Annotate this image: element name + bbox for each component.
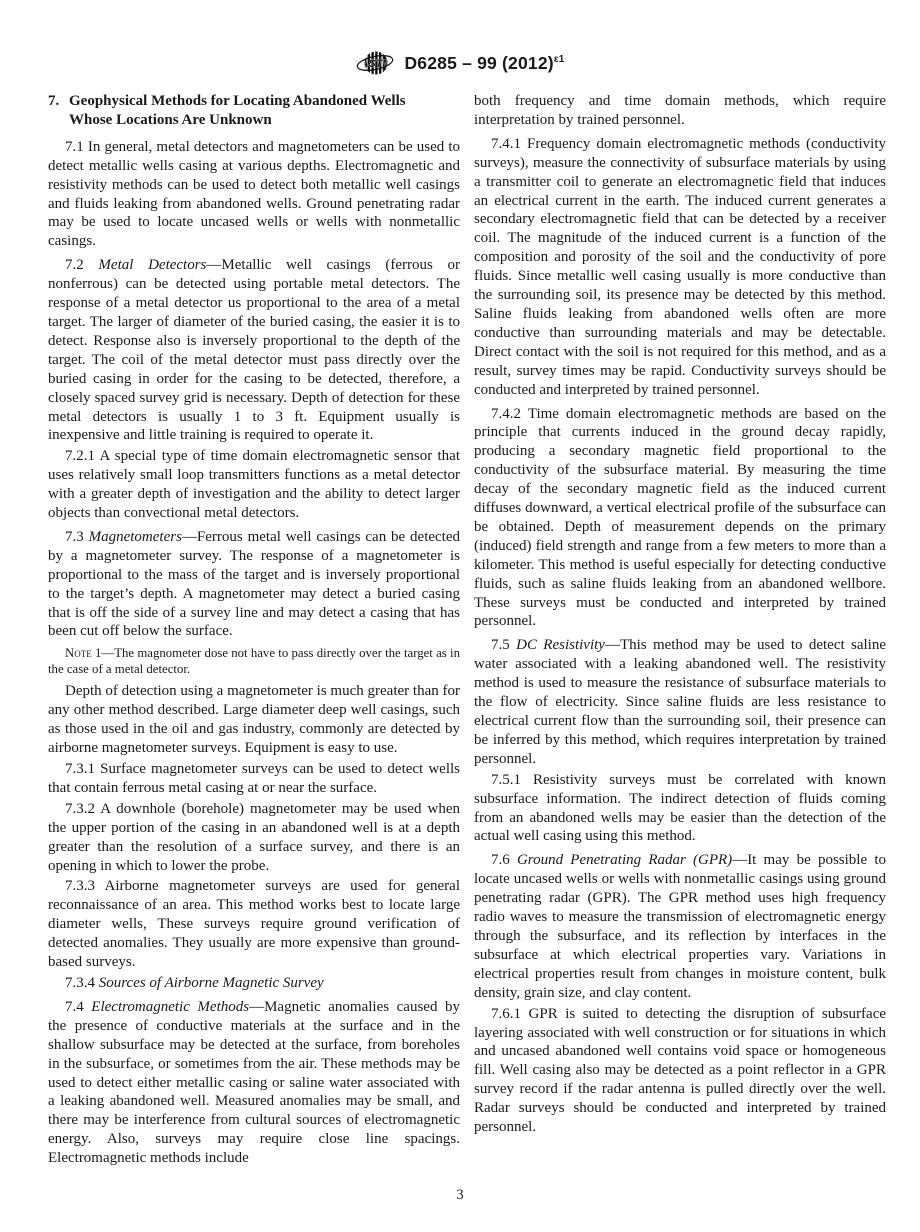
clause-term: Metal Detectors bbox=[98, 257, 206, 273]
clause-term: Ground Penetrating Radar (GPR) bbox=[517, 852, 732, 868]
paragraph-7-4-1: 7.4.1Frequency domain electromagnetic me… bbox=[474, 135, 886, 400]
clause-term: Magnetometers bbox=[89, 529, 182, 545]
clause-number: 7.2 bbox=[65, 257, 98, 273]
clause-text: —Metallic well casings (ferrous or nonfe… bbox=[48, 257, 460, 443]
clause-number: 7.3.3 bbox=[65, 878, 105, 894]
clause-number: 7.5 bbox=[491, 637, 516, 653]
page-header: ASTM D6285 – 99 (2012)ε1 bbox=[0, 46, 920, 80]
paragraph-7-3-3: 7.3.3Airborne magnetometer surveys are u… bbox=[48, 877, 460, 972]
astm-logo-icon: ASTM bbox=[355, 46, 395, 80]
clause-text: Depth of detection using a magnetometer … bbox=[48, 683, 460, 756]
clause-term: Sources of Airborne Magnetic Survey bbox=[99, 975, 324, 991]
clause-text: In general, metal detectors and magnetom… bbox=[48, 139, 460, 250]
paragraph-7-2: 7.2Metal Detectors—Metallic well casings… bbox=[48, 256, 460, 445]
right-column: both frequency and time domain methods, … bbox=[474, 92, 886, 1170]
heading-line-2: Whose Locations Are Unknown bbox=[69, 112, 272, 128]
clause-text: Time domain electromagnetic methods are … bbox=[474, 406, 886, 630]
paragraph-7-3-2: 7.3.2A downhole (borehole) magnetometer … bbox=[48, 800, 460, 876]
clause-text: A special type of time domain electromag… bbox=[48, 448, 460, 521]
clause-number: 7.3.2 bbox=[65, 801, 100, 817]
clause-number: 7.6.1 bbox=[491, 1006, 529, 1022]
clause-text: GPR is suited to detecting the disruptio… bbox=[474, 1006, 886, 1135]
clause-number: 7.5.1 bbox=[491, 772, 533, 788]
clause-term: DC Resistivity bbox=[516, 637, 605, 653]
left-column: 7.Geophysical Methods for Locating Aband… bbox=[48, 92, 460, 1170]
note-1: Note 1—The magnometer dose not have to p… bbox=[48, 645, 460, 677]
clause-text: Frequency domain electromagnetic methods… bbox=[474, 136, 886, 398]
paragraph-7-4-continued: both frequency and time domain methods, … bbox=[474, 92, 886, 130]
section-7-heading: 7.Geophysical Methods for Locating Aband… bbox=[48, 92, 460, 130]
paragraph-depth-of-detection: Depth of detection using a magnetometer … bbox=[48, 682, 460, 758]
paragraph-7-5-1: 7.5.1Resistivity surveys must be correla… bbox=[474, 771, 886, 847]
clause-number: 7.6 bbox=[491, 852, 517, 868]
clause-number: 7.3.4 bbox=[65, 975, 99, 991]
paragraph-7-3: 7.3Magnetometers—Ferrous metal well casi… bbox=[48, 528, 460, 641]
clause-text: —It may be possible to locate uncased we… bbox=[474, 852, 886, 1000]
clause-number: 7.4 bbox=[65, 999, 91, 1015]
clause-number: 7.4.2 bbox=[491, 406, 528, 422]
standard-code: D6285 – 99 (2012)ε1 bbox=[404, 53, 564, 74]
paragraph-7-3-1: 7.3.1Surface magnetometer surveys can be… bbox=[48, 760, 460, 798]
clause-number: 7.1 bbox=[65, 139, 88, 155]
paragraph-7-3-4: 7.3.4Sources of Airborne Magnetic Survey bbox=[48, 974, 460, 993]
section-number: 7. bbox=[48, 92, 69, 111]
clause-text: —Ferrous metal well casings can be detec… bbox=[48, 529, 460, 640]
page-footer: 3 bbox=[0, 1187, 920, 1204]
paragraph-7-4-2: 7.4.2Time domain electromagnetic methods… bbox=[474, 405, 886, 632]
paragraph-7-6-1: 7.6.1GPR is suited to detecting the disr… bbox=[474, 1005, 886, 1137]
clause-number: 7.3.1 bbox=[65, 761, 100, 777]
clause-number: 7.2.1 bbox=[65, 448, 99, 464]
note-text: —The magnometer dose not have to pass di… bbox=[48, 646, 460, 676]
clause-text: Airborne magnetometer surveys are used f… bbox=[48, 878, 460, 970]
paragraph-7-2-1: 7.2.1A special type of time domain elect… bbox=[48, 447, 460, 523]
paragraph-7-5: 7.5DC Resistivity—This method may be use… bbox=[474, 636, 886, 768]
errata-superscript: ε1 bbox=[554, 54, 565, 65]
document-page: ASTM D6285 – 99 (2012)ε1 7.Geophysical M… bbox=[0, 0, 920, 1232]
clause-text: —This method may be used to detect salin… bbox=[474, 637, 886, 766]
document-body: 7.Geophysical Methods for Locating Aband… bbox=[48, 92, 886, 1170]
paragraph-7-6: 7.6Ground Penetrating Radar (GPR)—It may… bbox=[474, 851, 886, 1002]
clause-number: 7.4.1 bbox=[491, 136, 527, 152]
clause-text: A downhole (borehole) magnetometer may b… bbox=[48, 801, 460, 874]
clause-text: —Magnetic anomalies caused by the presen… bbox=[48, 999, 460, 1166]
page-number: 3 bbox=[456, 1187, 463, 1203]
clause-number: 7.3 bbox=[65, 529, 89, 545]
paragraph-7-1: 7.1In general, metal detectors and magne… bbox=[48, 138, 460, 251]
clause-term: Electromagnetic Methods bbox=[91, 999, 249, 1015]
heading-line-1: Geophysical Methods for Locating Abandon… bbox=[69, 93, 406, 109]
clause-text: both frequency and time domain methods, … bbox=[474, 93, 886, 128]
paragraph-7-4: 7.4Electromagnetic Methods—Magnetic anom… bbox=[48, 998, 460, 1168]
clause-text: Resistivity surveys must be correlated w… bbox=[474, 772, 886, 845]
note-label: Note 1 bbox=[65, 646, 101, 660]
clause-text: Surface magnetometer surveys can be used… bbox=[48, 761, 460, 796]
